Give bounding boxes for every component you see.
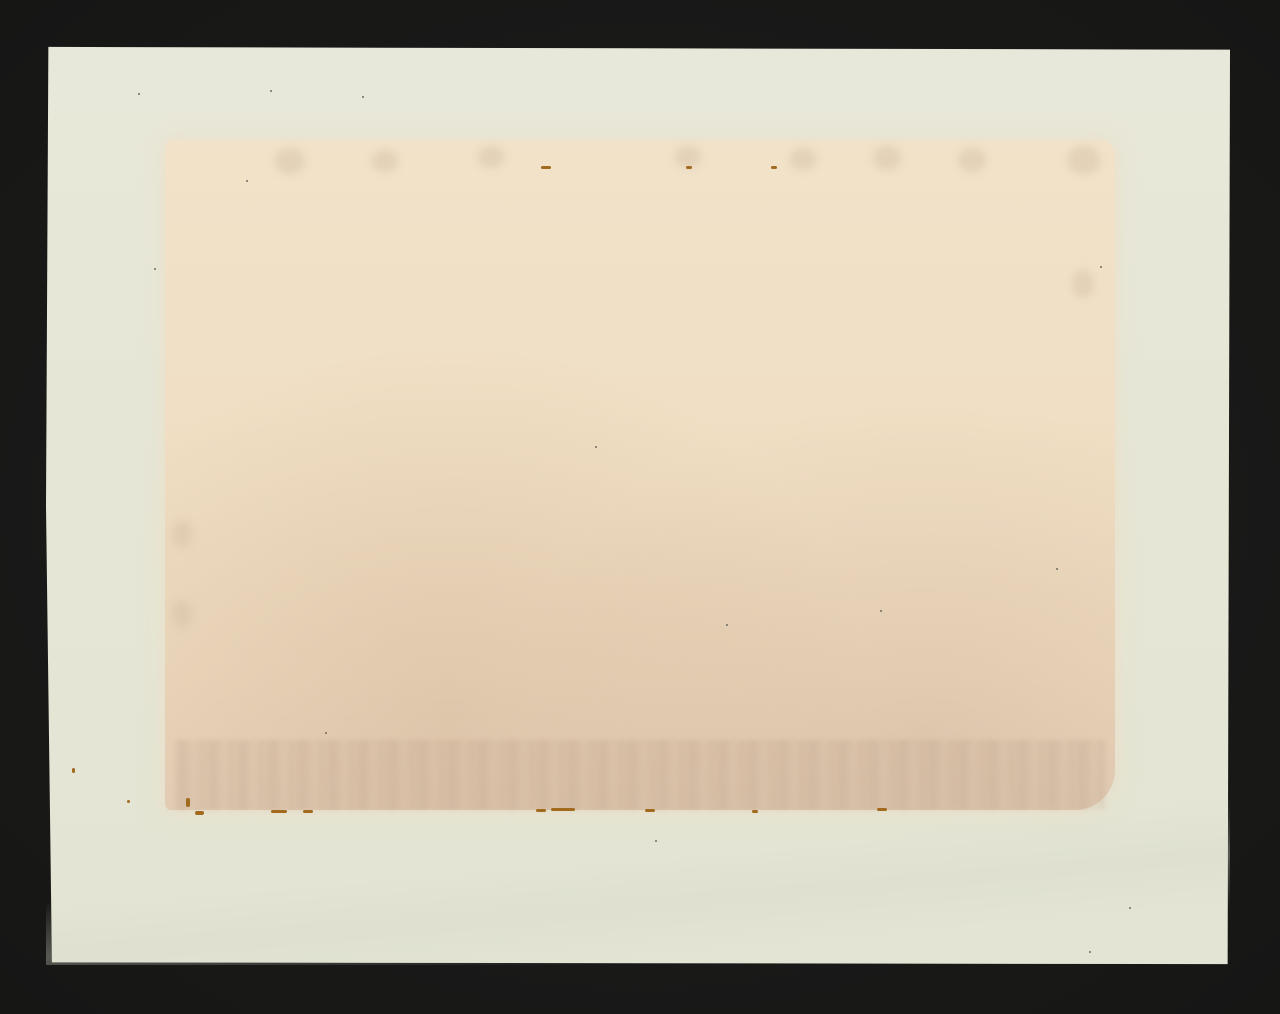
rust-mark xyxy=(551,808,575,811)
speck xyxy=(270,90,272,92)
stain-spot xyxy=(675,146,701,168)
stain-spot xyxy=(873,146,901,170)
speck xyxy=(595,446,597,448)
speck xyxy=(880,610,882,612)
stain-spot xyxy=(275,148,305,174)
rust-mark xyxy=(541,166,551,169)
stain-spot xyxy=(372,150,398,172)
rust-mark xyxy=(195,811,204,815)
speck xyxy=(246,180,248,182)
speck xyxy=(362,96,364,98)
speck xyxy=(138,93,140,95)
stain-spot xyxy=(1068,146,1100,174)
rust-mark xyxy=(645,809,655,812)
rust-mark xyxy=(752,810,758,813)
rust-mark xyxy=(771,166,777,169)
stain-spot xyxy=(790,148,816,170)
speck xyxy=(1056,568,1058,570)
stain-spot xyxy=(172,600,192,628)
foxing-band xyxy=(175,740,1105,810)
speck xyxy=(1089,951,1091,953)
paper-fold-shadow xyxy=(46,790,1230,965)
rust-mark xyxy=(877,808,887,811)
rust-mark xyxy=(536,809,546,812)
rust-mark xyxy=(303,810,313,813)
speck xyxy=(726,624,728,626)
toned-plate-area xyxy=(165,140,1115,810)
stain-spot xyxy=(172,520,192,548)
speck xyxy=(1129,907,1131,909)
rust-mark xyxy=(686,166,692,169)
speck xyxy=(154,268,156,270)
speck xyxy=(325,732,327,734)
speck xyxy=(1100,266,1102,268)
rust-mark xyxy=(72,768,75,773)
stain-spot xyxy=(1072,270,1094,298)
rust-mark xyxy=(186,798,190,807)
stain-spot xyxy=(478,146,504,168)
rust-mark xyxy=(127,800,130,803)
rust-mark xyxy=(271,810,287,813)
speck xyxy=(655,840,657,842)
stain-spot xyxy=(958,148,986,172)
